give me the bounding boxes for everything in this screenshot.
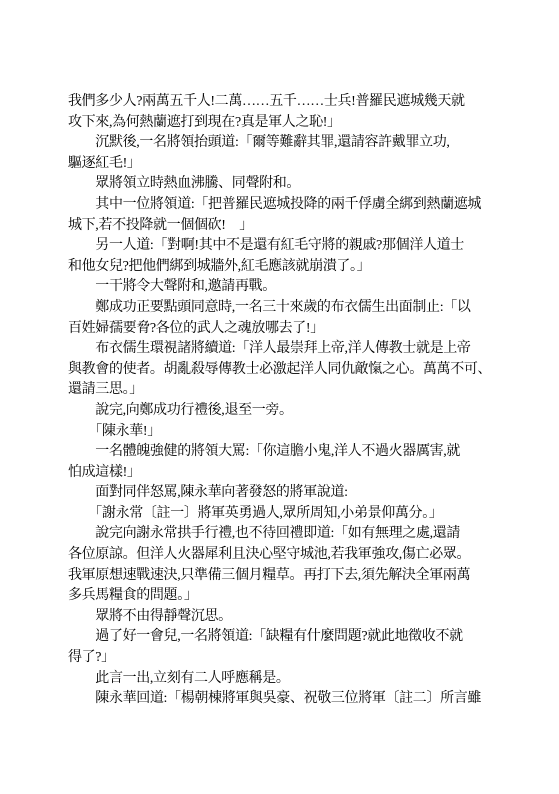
- text-line: 「謝永常〔註一〕將軍英勇過人,眾所周知,小弟景仰萬分。」: [68, 504, 498, 525]
- text-line: 說完,向鄭成功行禮後,退至一旁。: [68, 401, 498, 422]
- text-line: 其中一位將領道:「把普羅民遮城投降的兩千俘虜全綁到熱蘭遮城: [68, 195, 498, 216]
- text-line: 我們多少人?兩萬五千人!二萬……五千……士兵!普羅民遮城幾天就: [68, 92, 498, 113]
- text-line: 沉默後,一名將領抬頭道:「爾等難辭其罪,還請容許戴罪立功,: [68, 133, 498, 154]
- text-line: 「陳永華!」: [68, 422, 498, 443]
- text-line: 和他女兒?把他們綁到城牆外,紅毛應該就崩潰了。」: [68, 257, 498, 278]
- text-line: 鄭成功正要點頭同意時,一名三十來歲的布衣儒生出面制止:「以: [68, 298, 498, 319]
- text-line: 與教會的使者。胡亂殺辱傳教士必激起洋人同仇敵愾之心。萬萬不可、: [68, 360, 498, 381]
- text-line: 過了好一會兒,一名將領道:「缺糧有什麼問題?就此地徵收不就: [68, 627, 498, 648]
- text-line: 陳永華回道:「楊朝棟將軍與吳豪、祝敬三位將軍〔註二〕所言雖: [68, 689, 498, 710]
- text-block: 我們多少人?兩萬五千人!二萬……五千……士兵!普羅民遮城幾天就 攻下來,為何熱蘭…: [68, 92, 498, 710]
- document-page: 我們多少人?兩萬五千人!二萬……五千……士兵!普羅民遮城幾天就 攻下來,為何熱蘭…: [0, 0, 559, 794]
- text-line: 百姓婦孺要脅?各位的武人之魂放哪去了!」: [68, 319, 498, 340]
- text-line: 一名體魄強健的將領大罵:「你這膽小鬼,洋人不過火器厲害,就: [68, 442, 498, 463]
- text-line: 我軍原想速戰速決,只準備三個月糧草。再打下去,須先解決全軍兩萬: [68, 566, 498, 587]
- text-line: 得了?」: [68, 648, 498, 669]
- text-line: 眾將領立時熱血沸騰、同聲附和。: [68, 174, 498, 195]
- text-line: 各位原諒。但洋人火器犀利且決心堅守城池,若我軍強攻,傷亡必眾。: [68, 545, 498, 566]
- text-line: 一干將令大聲附和,邀請再戰。: [68, 277, 498, 298]
- text-line: 攻下來,為何熱蘭遮打到現在?真是軍人之恥!」: [68, 113, 498, 134]
- text-line: 說完向謝永常拱手行禮,也不待回禮即道:「如有無理之處,還請: [68, 524, 498, 545]
- text-line: 另一人道:「對啊!其中不是還有紅毛守將的親戚?那個洋人道士: [68, 236, 498, 257]
- text-line: 眾將不由得靜聲沉思。: [68, 607, 498, 628]
- text-line: 城下,若不投降就一個個砍! 」: [68, 216, 498, 237]
- text-line: 布衣儒生環視諸將續道:「洋人最崇拜上帝,洋人傳教士就是上帝: [68, 339, 498, 360]
- text-line: 多兵馬糧食的問題。」: [68, 586, 498, 607]
- text-line: 驅逐紅毛!」: [68, 154, 498, 175]
- text-line: 此言一出,立刻有二人呼應稱是。: [68, 669, 498, 690]
- text-line: 還請三思。」: [68, 380, 498, 401]
- text-line: 怕成這樣!」: [68, 463, 498, 484]
- text-line: 面對同伴怒罵,陳永華向著發怒的將軍說道:: [68, 483, 498, 504]
